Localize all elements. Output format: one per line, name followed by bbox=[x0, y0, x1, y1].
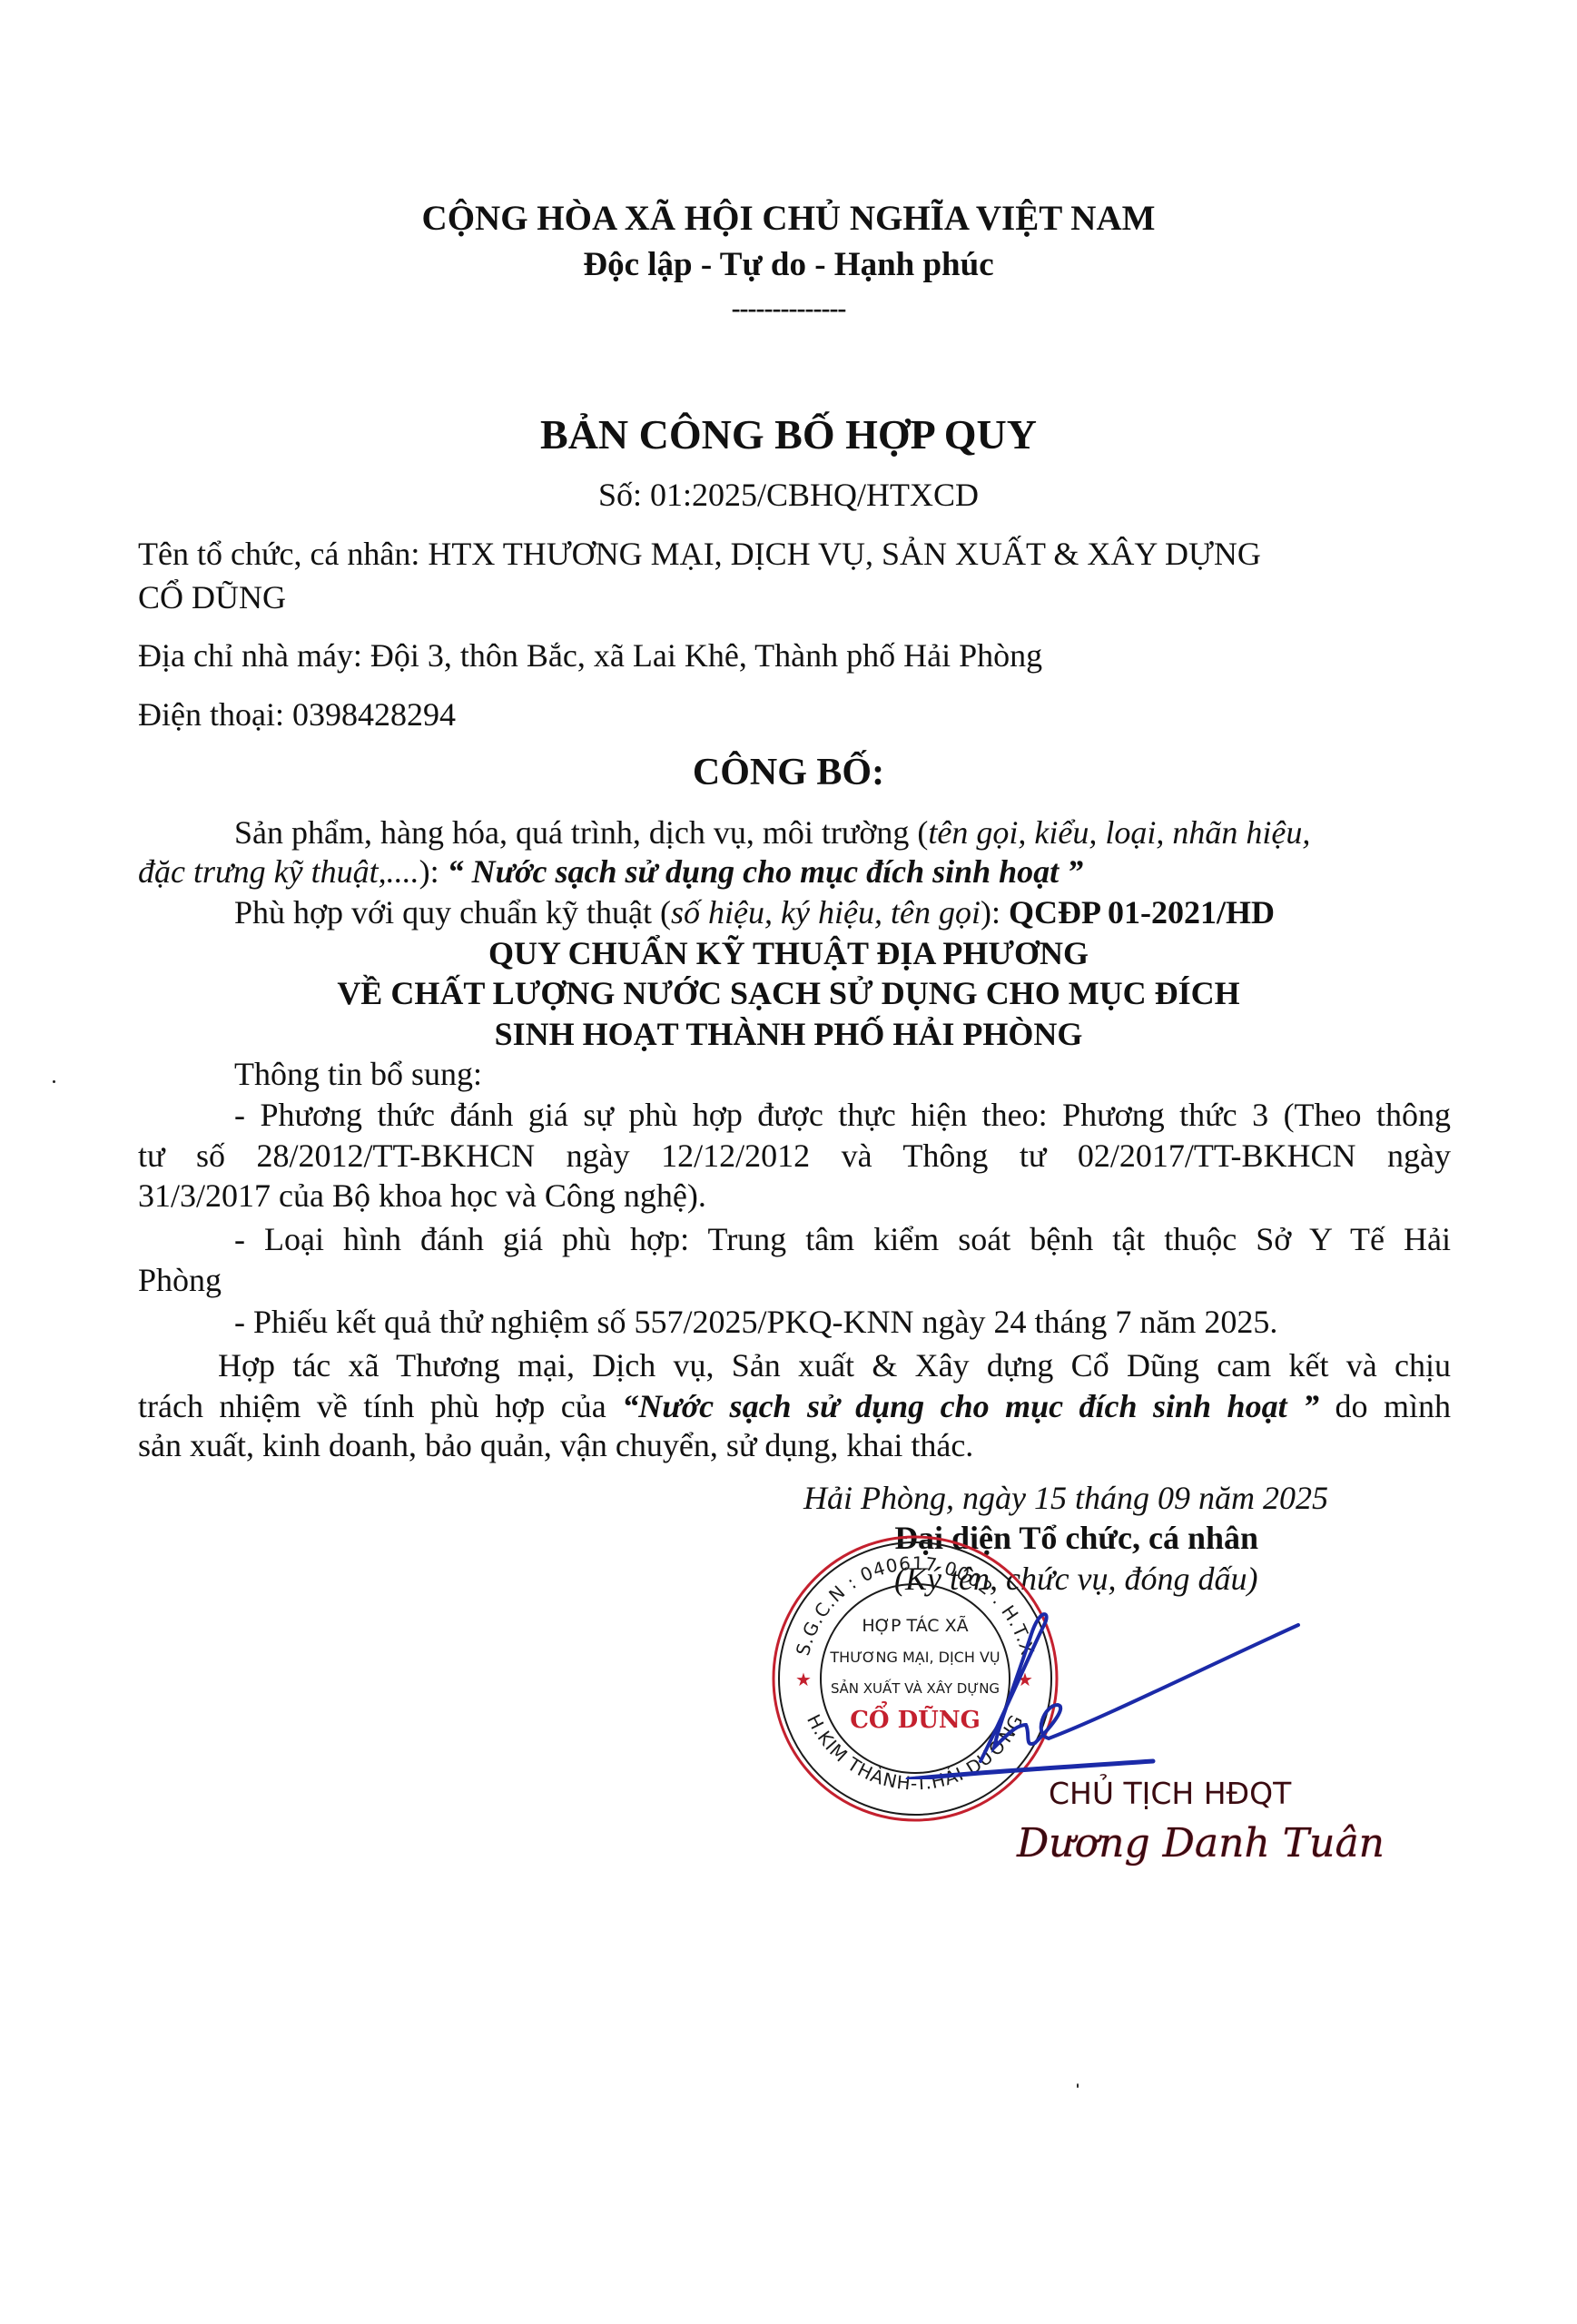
organization-name: Tên tổ chức, cá nhân: HTX THƯƠNG MẠI, DỊ… bbox=[138, 534, 1261, 574]
place-date: Hải Phòng, ngày 15 tháng 09 năm 2025 bbox=[803, 1478, 1328, 1518]
assessment-type-line2: Phòng bbox=[138, 1260, 222, 1300]
commitment-post: do mình bbox=[1319, 1388, 1451, 1424]
product-line1: Sản phẩm, hàng hóa, quá trình, dịch vụ, … bbox=[234, 812, 1310, 852]
phone-number: Điện thoại: 0398428294 bbox=[138, 694, 456, 734]
assessment-method-line1: - Phương thức đánh giá sự phù hợp được t… bbox=[138, 1095, 1451, 1135]
standard-name-line1: QUY CHUẨN KỸ THUẬT ĐỊA PHƯƠNG bbox=[0, 933, 1577, 973]
assessment-method-line2: tư số 28/2012/TT-BKHCN ngày 12/12/2012 v… bbox=[138, 1136, 1451, 1176]
organization-label: Tên tổ chức, cá nhân: bbox=[138, 536, 419, 572]
test-report: - Phiếu kết quả thử nghiệm số 557/2025/P… bbox=[234, 1302, 1277, 1342]
product-intro: Sản phẩm, hàng hóa, quá trình, dịch vụ, … bbox=[234, 814, 928, 851]
organization-name-line2: CỔ DŨNG bbox=[138, 577, 286, 617]
additional-info-heading: Thông tin bổ sung: bbox=[234, 1054, 482, 1094]
standard-line: Phù hợp với quy chuẩn kỹ thuật (số hiệu,… bbox=[234, 892, 1275, 932]
product-hint-1: tên gọi, kiểu, loại, nhãn hiệu, bbox=[928, 814, 1310, 851]
scan-speck bbox=[1077, 2083, 1079, 2088]
product-hint-2: đặc trưng kỹ thuật,.... bbox=[138, 853, 419, 890]
factory-address: Địa chỉ nhà máy: Đội 3, thôn Bắc, xã Lai… bbox=[138, 635, 1042, 675]
standard-name-line3: SINH HOẠT THÀNH PHỐ HẢI PHÒNG bbox=[0, 1014, 1577, 1054]
commitment-pre: trách nhiệm về tính phù hợp của bbox=[138, 1388, 622, 1424]
signer-name: Dương Danh Tuân bbox=[1017, 1820, 1385, 1866]
product-name: “ Nước sạch sử dụng cho mục đích sinh ho… bbox=[448, 853, 1084, 890]
standard-separator: ): bbox=[981, 894, 1009, 931]
document-title: BẢN CÔNG BỐ HỢP QUY bbox=[0, 410, 1577, 459]
declaration-heading: CÔNG BỐ: bbox=[0, 750, 1577, 795]
standard-hint: số hiệu, ký hiệu, tên gọi bbox=[671, 894, 981, 931]
star-icon: ★ bbox=[795, 1669, 812, 1690]
national-title: CỘNG HÒA XÃ HỘI CHỦ NGHĨA VIỆT NAM bbox=[0, 199, 1577, 239]
commitment-product: “Nước sạch sử dụng cho mục đích sinh hoạ… bbox=[622, 1388, 1319, 1424]
document-number: Số: 01:2025/CBHQ/HTXCD bbox=[0, 475, 1577, 515]
national-motto: Độc lập - Tự do - Hạnh phúc bbox=[0, 245, 1577, 285]
handwritten-signature bbox=[872, 1598, 1307, 1779]
standard-intro: Phù hợp với quy chuẩn kỹ thuật ( bbox=[234, 894, 671, 931]
commitment-line1: Hợp tác xã Thương mại, Dịch vụ, Sản xuất… bbox=[138, 1345, 1451, 1385]
commitment-line2: trách nhiệm về tính phù hợp của “Nước sạ… bbox=[138, 1386, 1451, 1426]
commitment-line3: sản xuất, kinh doanh, bảo quản, vận chuy… bbox=[138, 1425, 973, 1465]
header-separator: -------------- bbox=[0, 289, 1577, 329]
standard-code: QCĐP 01-2021/HD bbox=[1009, 894, 1275, 931]
signer-role: CHỦ TỊCH HĐQT bbox=[1049, 1776, 1291, 1811]
product-line2: đặc trưng kỹ thuật,....): “ Nước sạch sử… bbox=[138, 852, 1083, 891]
organization-name-line1: HTX THƯƠNG MẠI, DỊCH VỤ, SẢN XUẤT & XÂY … bbox=[428, 536, 1261, 572]
standard-name-line2: VỀ CHẤT LƯỢNG NƯỚC SẠCH SỬ DỤNG CHO MỤC … bbox=[0, 973, 1577, 1013]
product-separator: ): bbox=[419, 853, 448, 890]
assessment-type-line1: - Loại hình đánh giá phù hợp: Trung tâm … bbox=[138, 1219, 1451, 1259]
scan-speck bbox=[53, 1080, 55, 1083]
assessment-method-line3: 31/3/2017 của Bộ khoa học và Công nghệ). bbox=[138, 1176, 706, 1216]
